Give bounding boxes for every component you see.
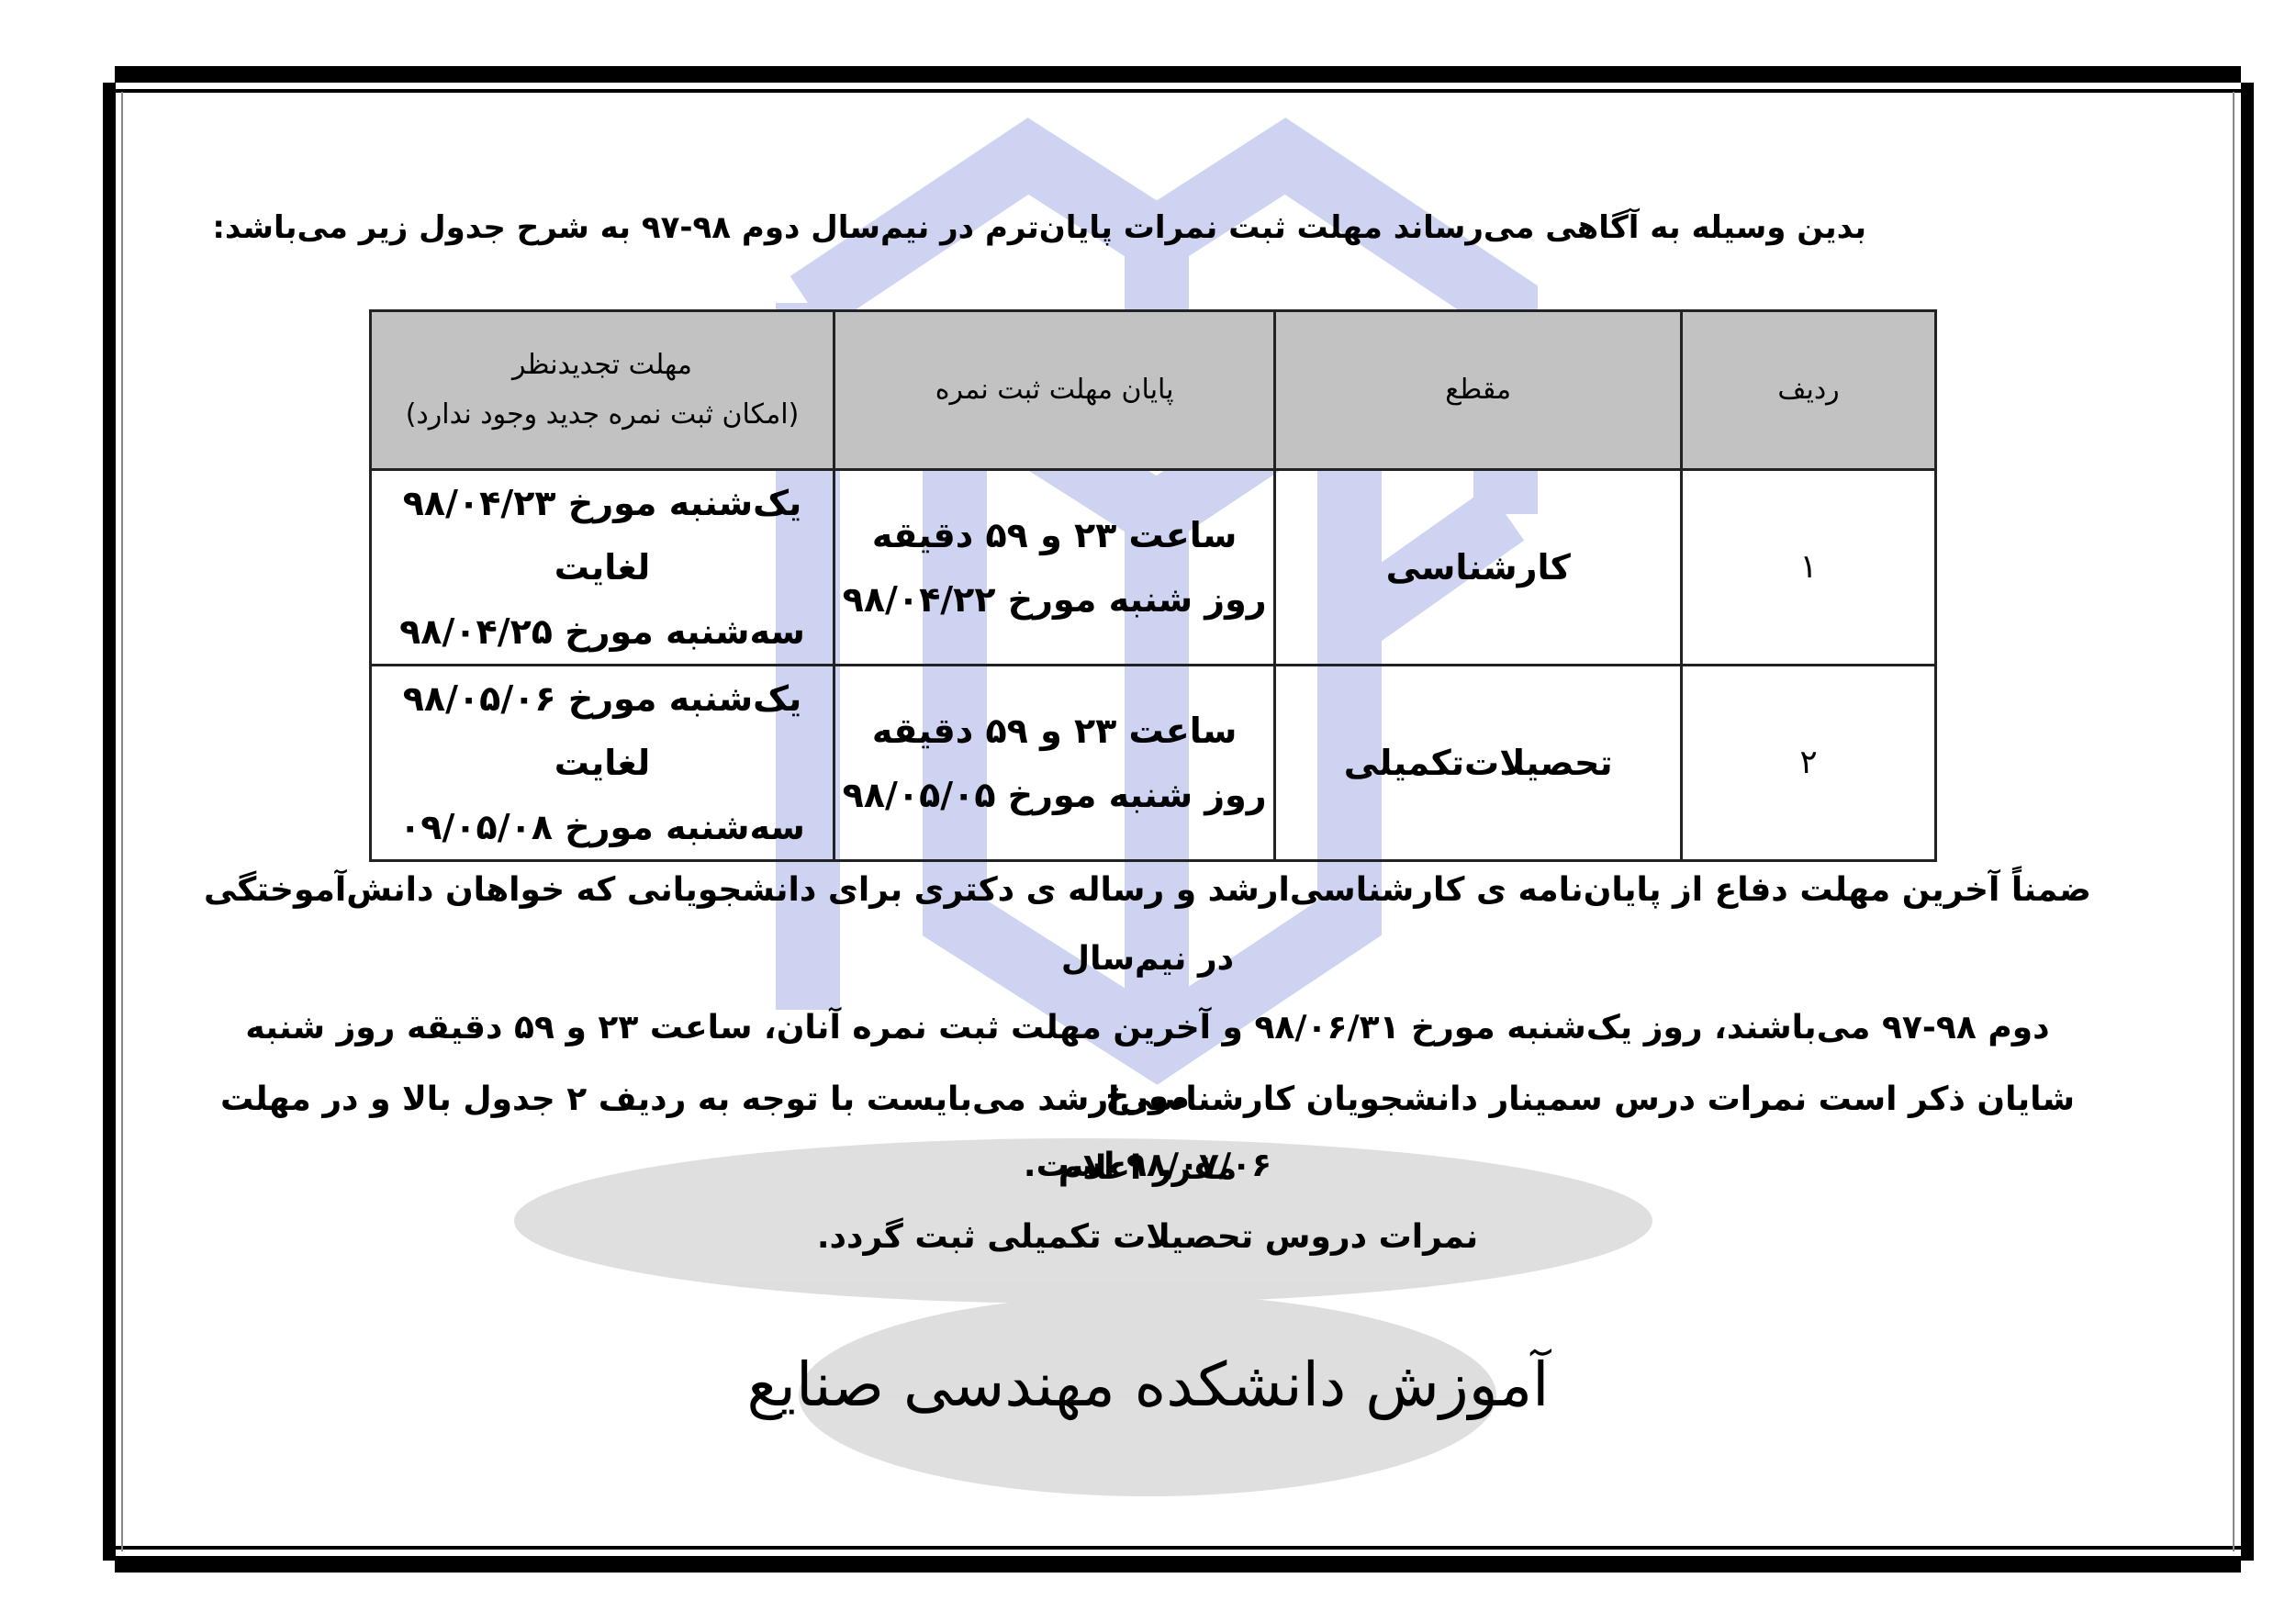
cell-grade-deadline: ساعت ۲۳ و ۵۹ دقیقه روز شنبه مورخ ۹۸/۰۵/۰…: [834, 666, 1275, 861]
frame-left-thin: [121, 92, 123, 1551]
para2-line2: نمرات دروس تحصیلات تکمیلی ثبت گردد.: [202, 1203, 2093, 1271]
header-review-line1: مهلت تجدیدنظر: [372, 341, 833, 390]
signature: آموزش دانشکده مهندسی صنایع: [0, 1349, 2296, 1420]
para1-line1: ضمناً آخرین مهلت دفاع از پایان‌نامه ی کا…: [202, 856, 2093, 993]
frame-left-thick: [103, 83, 116, 1561]
header-review-deadline: مهلت تجدیدنظر (امکان ثبت نمره جدید وجود …: [371, 311, 834, 470]
frame-top-thick: [115, 66, 2241, 83]
frame-bottom-thick: [115, 1556, 2241, 1573]
header-row-no: ردیف: [1682, 311, 1936, 470]
frame-bottom-thin: [115, 1546, 2241, 1550]
header-level: مقطع: [1275, 311, 1682, 470]
intro-text: بدین وسیله به آگاهی می‌رساند مهلت ثبت نم…: [212, 209, 1866, 246]
cell-row-no: ۱: [1682, 470, 1936, 666]
cell-level: تحصیلات‌تکمیلی: [1275, 666, 1682, 861]
frame-right-thin: [2233, 92, 2234, 1551]
deadline-table: ردیف مقطع پایان مهلت ثبت نمره مهلت تجدید…: [369, 309, 1937, 862]
cell-review-deadline: یک‌شنبه مورخ ۹۸/۰۴/۲۳ لغایت سه‌شنبه مورخ…: [371, 470, 834, 666]
table-header-row: ردیف مقطع پایان مهلت ثبت نمره مهلت تجدید…: [371, 311, 1936, 470]
header-review-line2: (امکان ثبت نمره جدید وجود ندارد): [372, 390, 833, 440]
grade-deadline-line2: روز شنبه مورخ ۹۸/۰۵/۰۵: [835, 763, 1273, 827]
review-line1: یک‌شنبه مورخ ۹۸/۰۴/۲۳ لغایت: [372, 471, 833, 599]
cell-review-deadline: یک‌شنبه مورخ ۹۸/۰۵/۰۶ لغایت سه‌شنبه مورخ…: [371, 666, 834, 861]
grade-deadline-line2: روز شنبه مورخ ۹۸/۰۴/۲۲: [835, 567, 1273, 632]
cell-row-no: ۲: [1682, 666, 1936, 861]
cell-grade-deadline: ساعت ۲۳ و ۵۹ دقیقه روز شنبه مورخ ۹۸/۰۴/۲…: [834, 470, 1275, 666]
table-row: ۱ کارشناسی ساعت ۲۳ و ۵۹ دقیقه روز شنبه م…: [371, 470, 1936, 666]
seminar-note-paragraph: شایان ذکر است نمرات درس سمینار دانشجویان…: [202, 1065, 2093, 1271]
grade-deadline-line1: ساعت ۲۳ و ۵۹ دقیقه: [835, 503, 1273, 567]
cell-level: کارشناسی: [1275, 470, 1682, 666]
review-line2: سه‌شنبه مورخ ۹۸/۰۴/۲۵: [372, 599, 833, 664]
header-grade-deadline: پایان مهلت ثبت نمره: [834, 311, 1275, 470]
grade-deadline-line1: ساعت ۲۳ و ۵۹ دقیقه: [835, 699, 1273, 763]
table-row: ۲ تحصیلات‌تکمیلی ساعت ۲۳ و ۵۹ دقیقه روز …: [371, 666, 1936, 861]
frame-top-thin: [115, 89, 2241, 93]
frame-right-thick: [2241, 83, 2254, 1561]
para2-line1: شایان ذکر است نمرات درس سمینار دانشجویان…: [202, 1065, 2093, 1203]
review-line2: سه‌شنبه مورخ ۰۹/۰۵/۰۸: [372, 795, 833, 859]
review-line1: یک‌شنبه مورخ ۹۸/۰۵/۰۶ لغایت: [372, 666, 833, 795]
